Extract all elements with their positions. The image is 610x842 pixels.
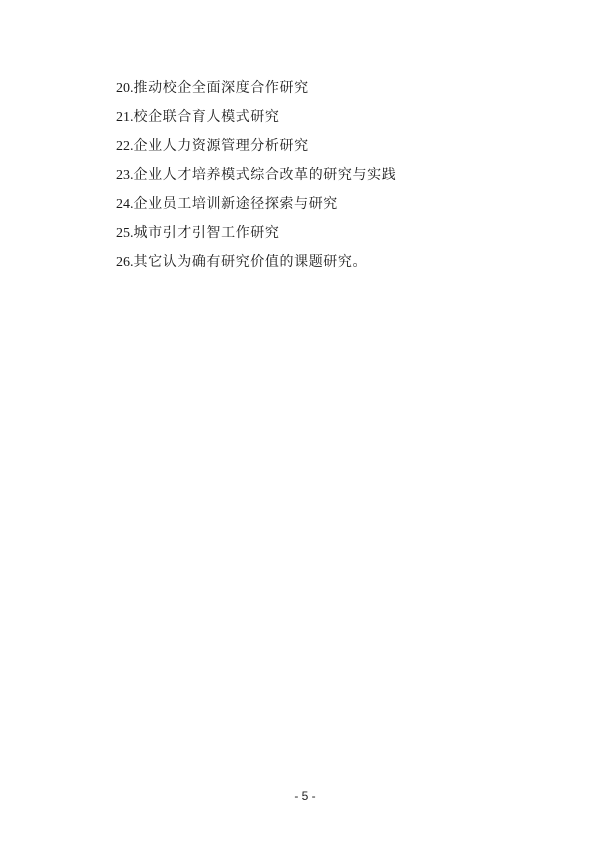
list-item: 25.城市引才引智工作研究 — [116, 223, 396, 252]
item-number: 20. — [116, 81, 134, 96]
item-text: 企业员工培训新途径探索与研究 — [134, 196, 338, 212]
topic-list: 20.推动校企全面深度合作研究 21.校企联合育人模式研究 22.企业人力资源管… — [116, 78, 396, 281]
list-item: 21.校企联合育人模式研究 — [116, 107, 396, 136]
item-text: 企业人力资源管理分析研究 — [134, 138, 309, 154]
item-text: 其它认为确有研究价值的课题研究。 — [134, 254, 368, 270]
item-number: 23. — [116, 168, 134, 183]
list-item: 20.推动校企全面深度合作研究 — [116, 78, 396, 107]
list-item: 22.企业人力资源管理分析研究 — [116, 136, 396, 165]
item-text: 企业人才培养模式综合改革的研究与实践 — [134, 167, 397, 183]
item-text: 校企联合育人模式研究 — [134, 109, 280, 125]
item-number: 21. — [116, 110, 134, 125]
item-number: 26. — [116, 255, 134, 270]
list-item: 24.企业员工培训新途径探索与研究 — [116, 194, 396, 223]
item-number: 25. — [116, 226, 134, 241]
item-number: 22. — [116, 139, 134, 154]
list-item: 26.其它认为确有研究价值的课题研究。 — [116, 252, 396, 281]
list-item: 23.企业人才培养模式综合改革的研究与实践 — [116, 165, 396, 194]
item-text: 推动校企全面深度合作研究 — [134, 80, 309, 96]
item-number: 24. — [116, 197, 134, 212]
item-text: 城市引才引智工作研究 — [134, 225, 280, 241]
page-number: - 5 - — [0, 789, 610, 803]
